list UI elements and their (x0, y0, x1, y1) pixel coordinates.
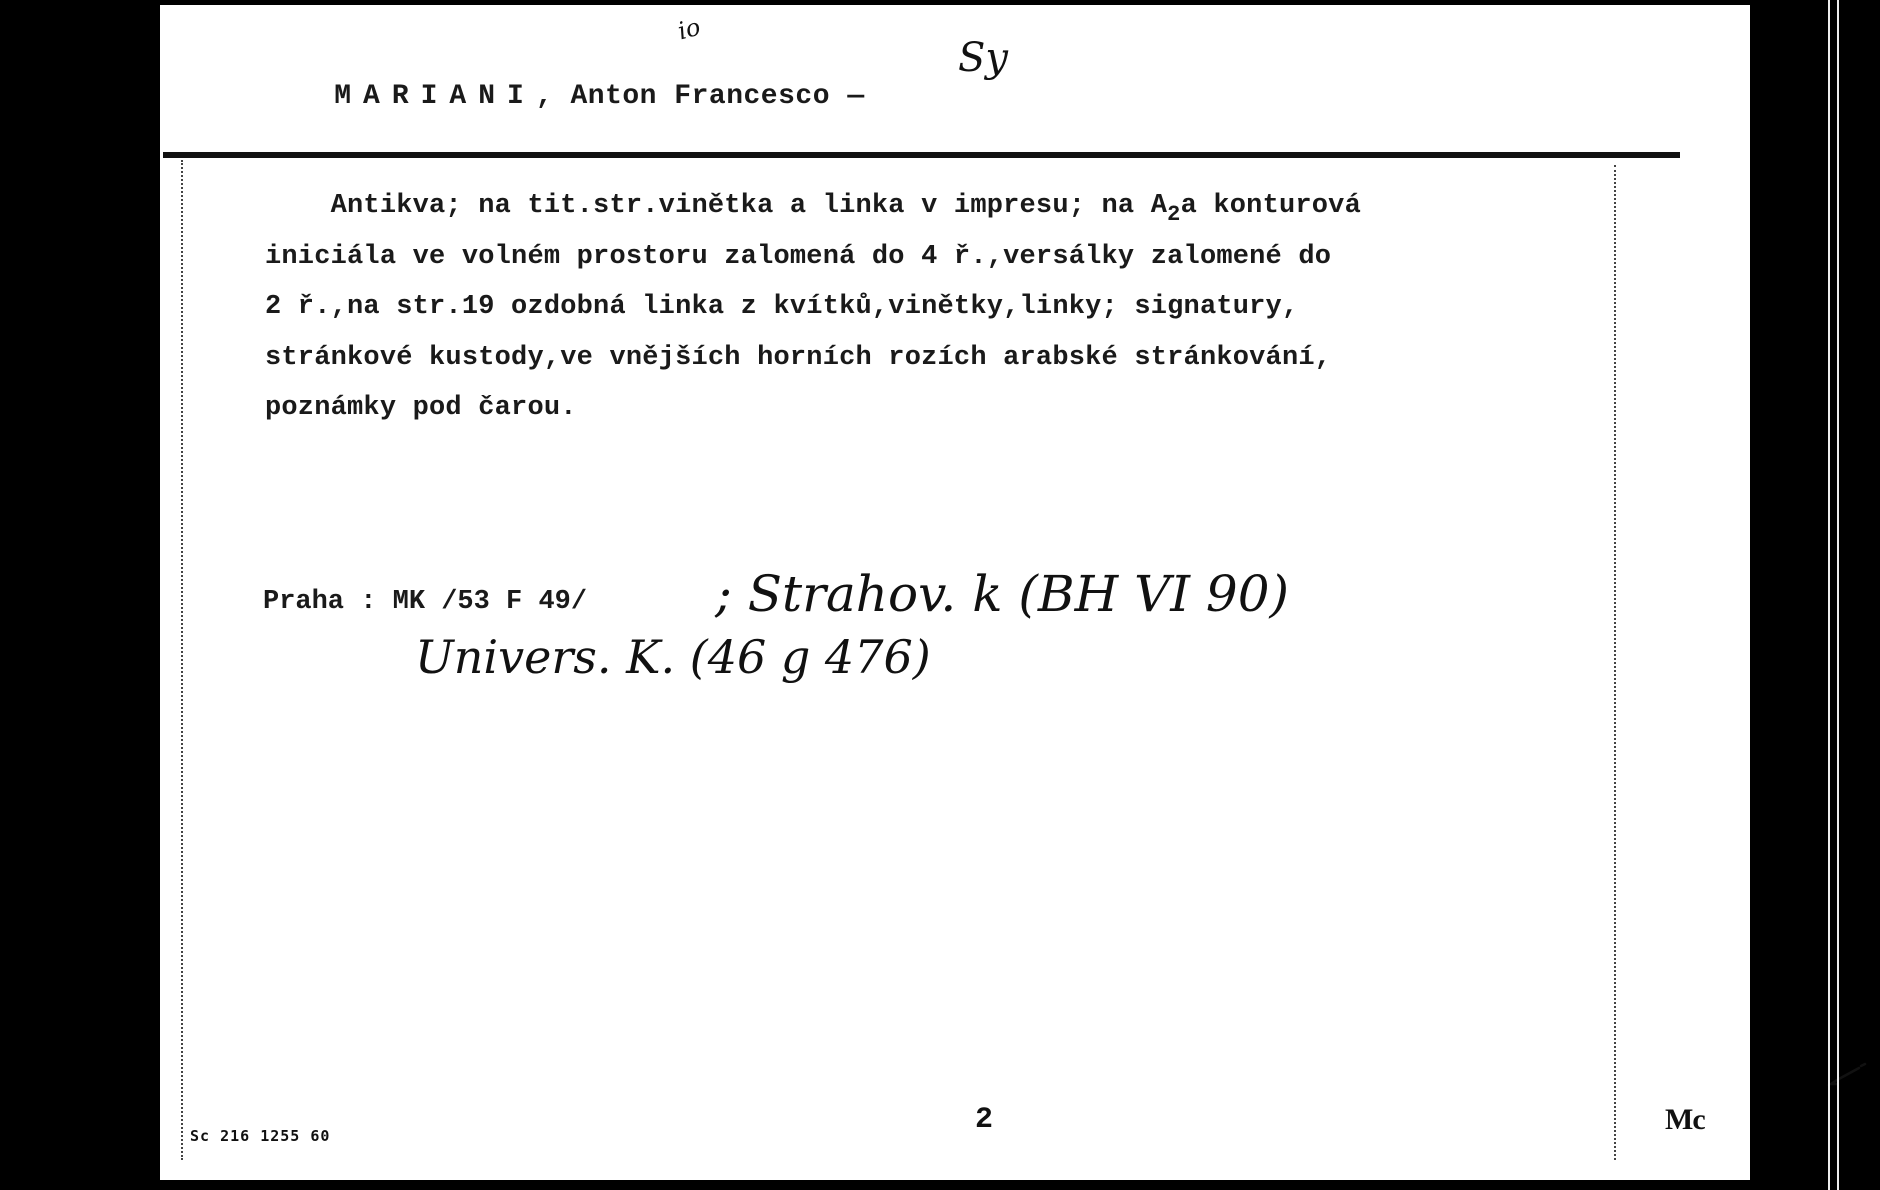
author-surname: MARIANI (334, 81, 536, 112)
right-margin-line (1614, 165, 1616, 1160)
holdings-handwritten-line2: Univers. K. (46 g 476) (415, 630, 931, 684)
handwritten-insertion: io (675, 13, 704, 46)
description-line: 2 ř.,na str.19 ozdobná linka z kvítků,vi… (265, 282, 1585, 333)
checkmark-icon (1825, 1060, 1875, 1090)
author-given-names: Anton Francesco (570, 81, 830, 112)
page-number: 2 (975, 1103, 993, 1137)
description-text: Antikva; na tit.str.vinětka a linka v im… (265, 181, 1585, 434)
handwritten-annotation: Sy (958, 35, 1008, 81)
description-line: Antikva; na tit.str.vinětka a linka v im… (265, 181, 1585, 232)
holdings-typed: Praha : MK /53 F 49/ (263, 587, 587, 617)
printer-code: Sc 216 1255 60 (190, 1127, 330, 1145)
card-heading: MARIANI, Anton Francesco — (265, 50, 865, 143)
holdings-handwritten-line1: ; Strahov. k (BH VI 90) (715, 565, 1289, 623)
heading-separator: , (536, 81, 553, 112)
scan-edge-line (1828, 0, 1830, 1190)
catalog-card: MARIANI, Anton Francesco — io Sy Antikva… (160, 5, 1750, 1180)
description-line: iniciála ve volném prostoru zalomená do … (265, 232, 1585, 283)
left-margin-line (181, 160, 183, 1160)
scan-edge-line (1837, 0, 1839, 1190)
header-rule (163, 152, 1680, 158)
cataloger-initials: Mc (1665, 1103, 1705, 1137)
description-line: stránkové kustody,ve vnějších horních ro… (265, 333, 1585, 384)
heading-dash: — (847, 81, 864, 112)
description-line: poznámky pod čarou. (265, 383, 1585, 434)
